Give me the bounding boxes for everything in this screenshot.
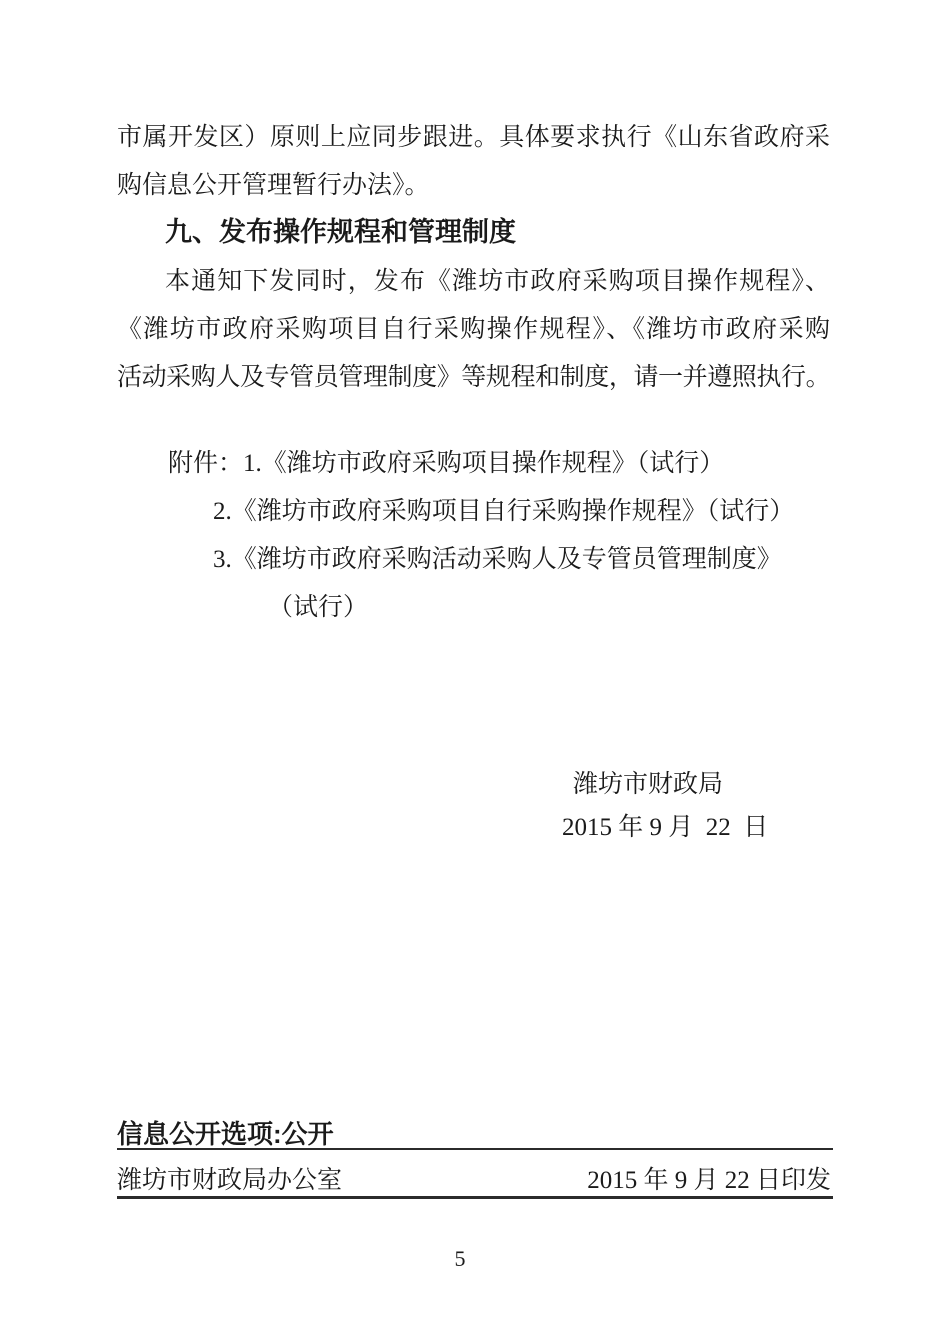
paragraph2-line1: 本通知下发同时，发布《潍坊市政府采购项目操作规程》、 [165,266,830,298]
attachment-line-2: 2.《潍坊市政府采购项目自行采购操作规程》（试行） [213,496,794,528]
paragraph2-line2: 《潍坊市政府采购项目自行采购操作规程》、《潍坊市政府采购 [117,314,830,346]
attachment-line-3: 3.《潍坊市政府采购活动采购人及专管员管理制度》 [213,544,782,576]
footer-rule-thin [117,1148,833,1150]
paragraph1-line2: 购信息公开管理暂行办法》。 [117,170,430,202]
signature-org: 潍坊市财政局 [573,769,723,801]
footer-disclosure: 信息公开选项:公开 [117,1118,334,1150]
attachment-line-1: 附件：1.《潍坊市政府采购项目操作规程》（试行） [168,448,724,480]
document-page: 市属开发区）原则上应同步跟进。具体要求执行《山东省政府采 购信息公开管理暂行办法… [0,0,948,1341]
attachment-line-3-continuation: （试行） [268,592,368,624]
footer-office: 潍坊市财政局办公室 [117,1166,342,1196]
signature-date: 2015 年 9 月 22 日 [562,812,768,844]
footer-row: 潍坊市财政局办公室 2015 年 9 月 22 日印发 [117,1166,831,1196]
page-number: 5 [380,1246,540,1272]
paragraph2-line3: 活动采购人及专管员管理制度》等规程和制度，请一并遵照执行。 [117,362,830,394]
footer-print-date: 2015 年 9 月 22 日印发 [587,1166,831,1196]
section-heading: 九、发布操作规程和管理制度 [165,216,516,248]
footer-rule-thick [117,1196,833,1199]
paragraph1-line1: 市属开发区）原则上应同步跟进。具体要求执行《山东省政府采 [117,122,830,154]
